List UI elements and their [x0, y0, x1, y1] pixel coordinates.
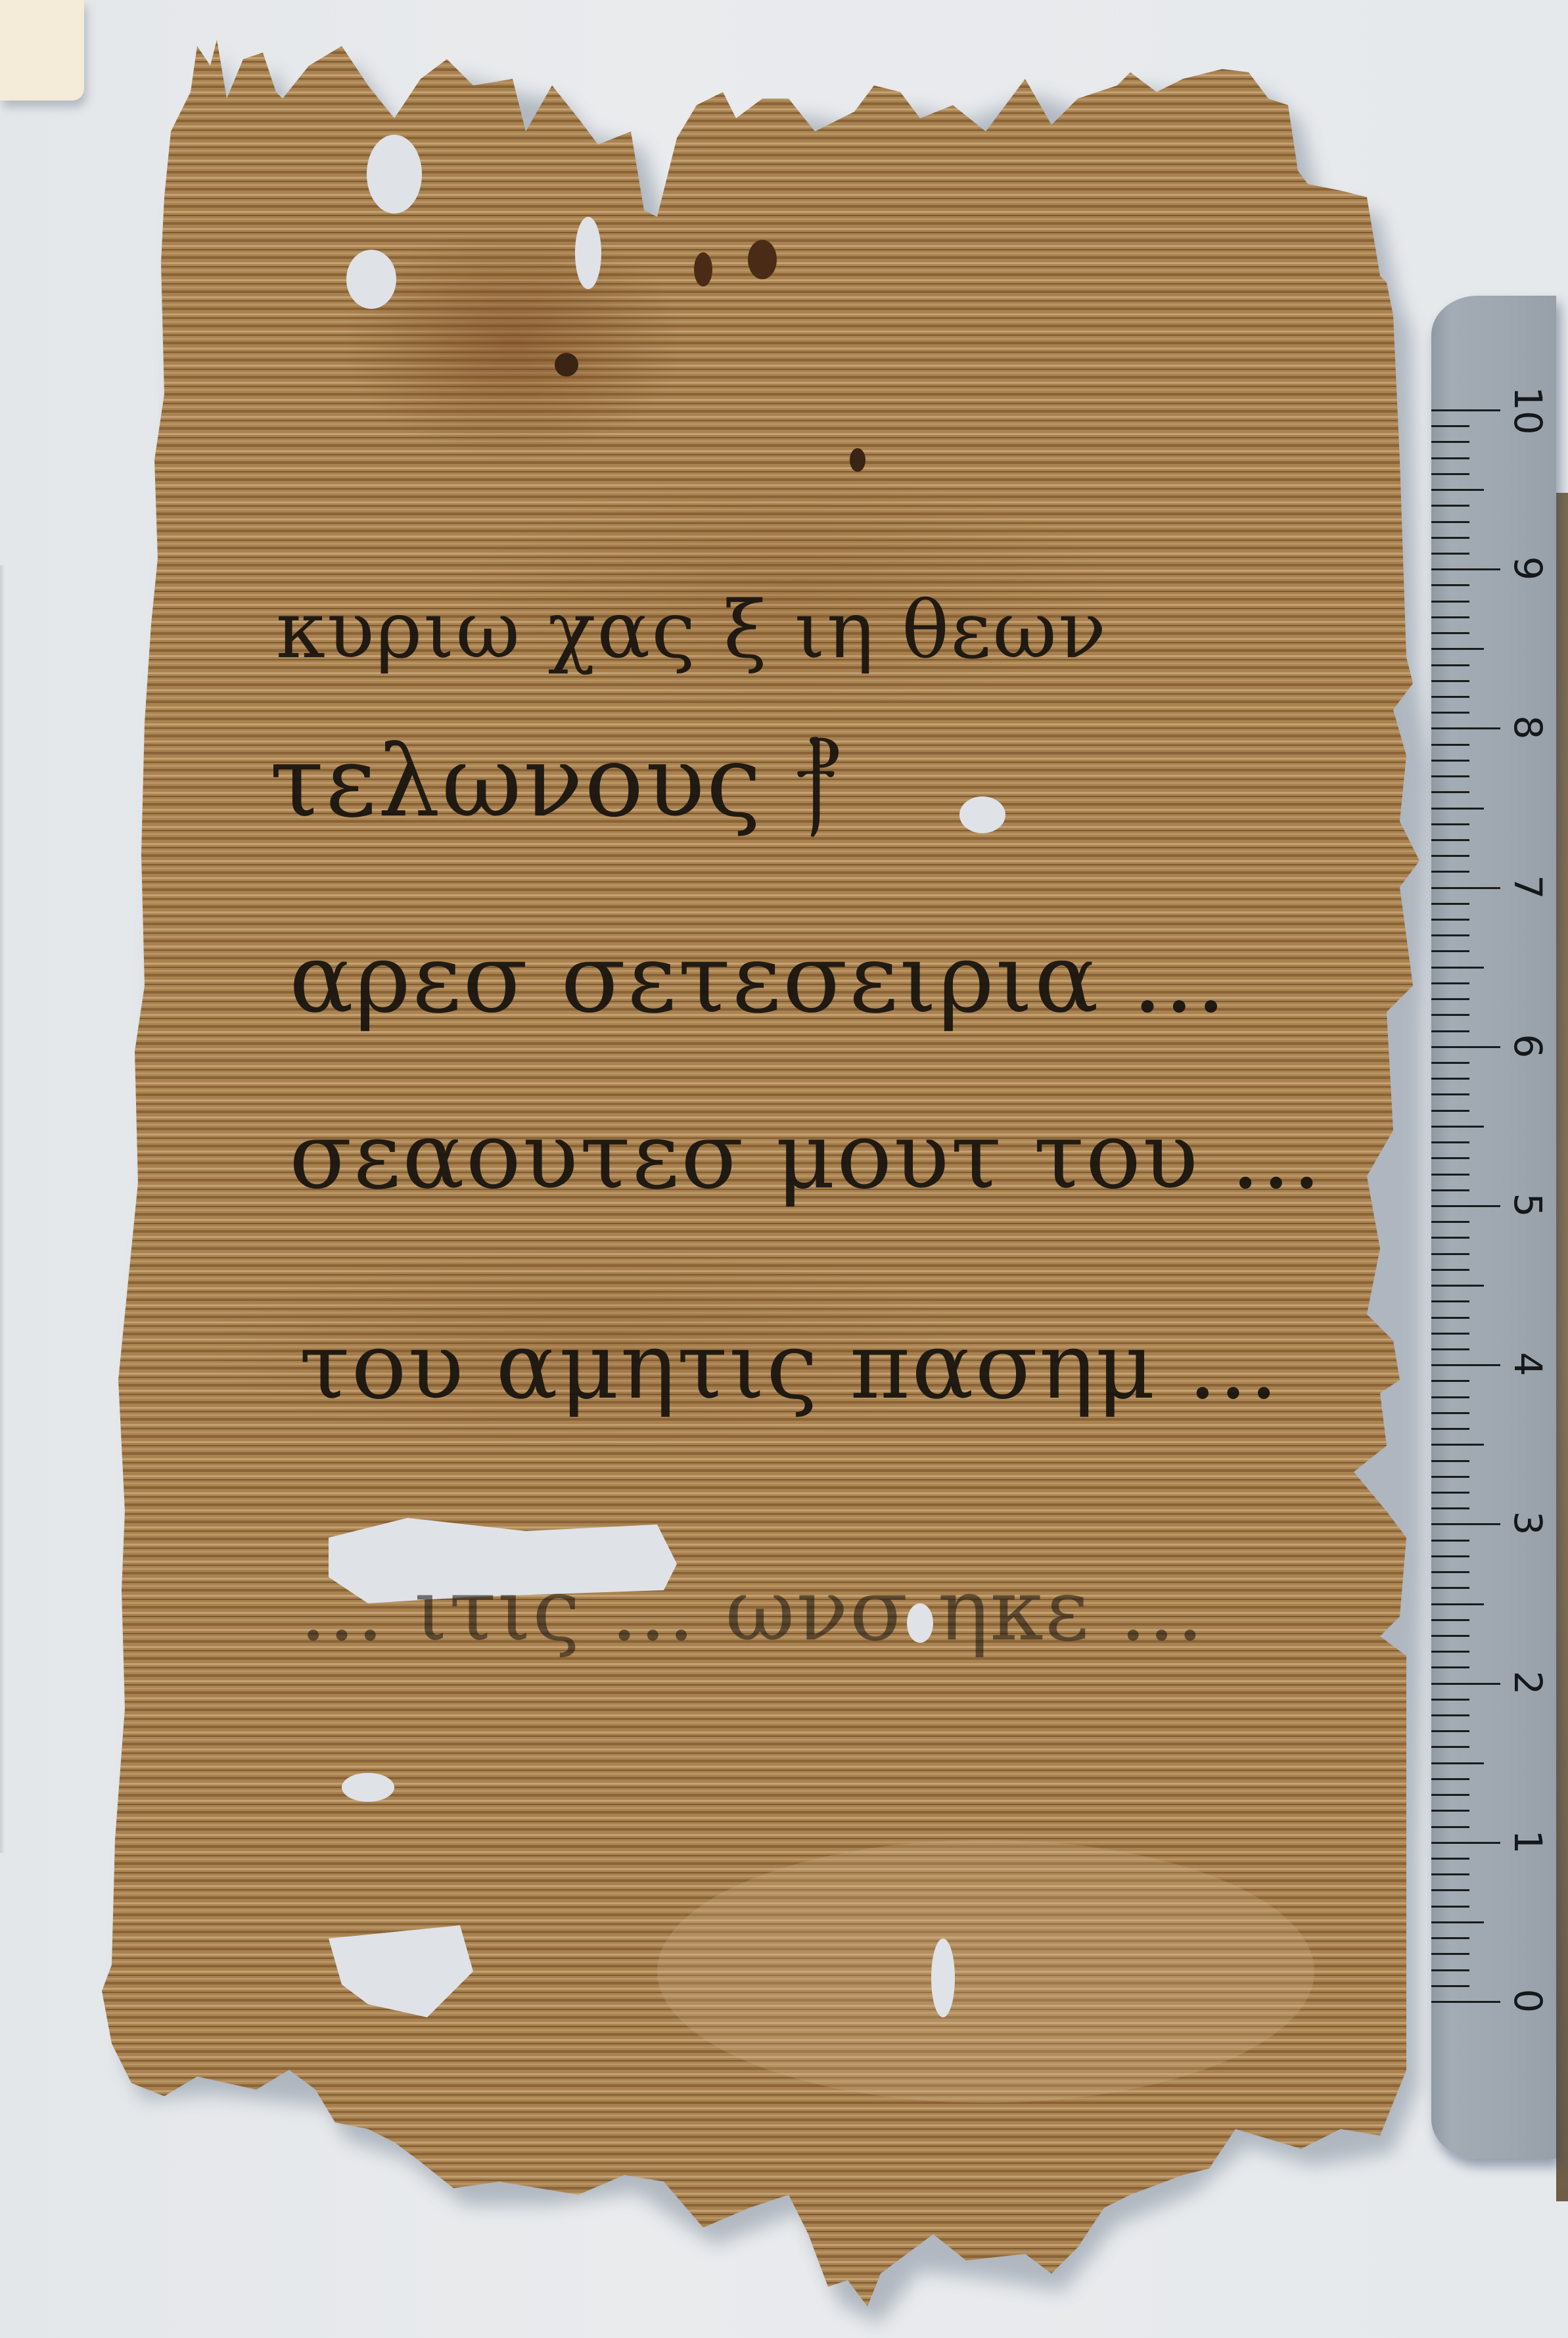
ruler-minor-tick — [1431, 1062, 1469, 1064]
ruler-minor-tick — [1431, 664, 1469, 666]
ruler-minor-tick — [1431, 1412, 1469, 1414]
ruler-minor-tick — [1431, 760, 1469, 762]
ruler-minor-tick — [1431, 489, 1484, 491]
ruler-minor-tick — [1431, 1587, 1469, 1589]
ruler-minor-tick — [1431, 919, 1469, 921]
ruler-minor-tick — [1431, 1571, 1469, 1573]
ruler-minor-tick — [1431, 1269, 1469, 1271]
ruler-minor-tick — [1431, 871, 1469, 873]
ruler-major-tick — [1431, 1683, 1500, 1685]
ruler-minor-tick — [1431, 1969, 1469, 1971]
ruler-label: 3 — [1508, 1500, 1548, 1546]
ruler-minor-tick — [1431, 1889, 1469, 1891]
ruler-minor-tick — [1431, 521, 1469, 523]
ruler-minor-tick — [1431, 473, 1469, 475]
ruler-major-tick — [1431, 1523, 1500, 1525]
ruler-minor-tick — [1431, 1348, 1469, 1350]
ruler-major-tick — [1431, 887, 1500, 889]
ruler-minor-tick — [1431, 616, 1469, 618]
ruler-minor-tick — [1431, 1492, 1469, 1494]
ruler-minor-tick — [1431, 1141, 1469, 1143]
ruler-minor-tick — [1431, 1714, 1469, 1716]
ruler-minor-tick — [1431, 934, 1469, 936]
ruler-label: 9 — [1508, 545, 1548, 591]
ruler-label: 0 — [1508, 1978, 1548, 2024]
ruler-minor-tick — [1431, 1651, 1469, 1653]
ruler-minor-tick — [1431, 1380, 1469, 1382]
ruler-label: 6 — [1508, 1023, 1548, 1069]
text-line-1: κυριω χας ξ ιη θεων — [276, 578, 1107, 683]
ruler-minor-tick — [1431, 1078, 1469, 1080]
ruler-minor-tick — [1431, 1666, 1469, 1668]
ruler-minor-tick — [1431, 1189, 1469, 1191]
ruler-minor-tick — [1431, 1030, 1469, 1032]
ruler-minor-tick — [1431, 712, 1469, 714]
ruler-minor-tick — [1431, 1826, 1469, 1828]
ruler-minor-tick — [1431, 1174, 1469, 1176]
ruler-minor-tick — [1431, 1699, 1469, 1701]
ruler-label: 8 — [1508, 704, 1548, 750]
ruler-minor-tick — [1431, 1555, 1469, 1557]
ruler-minor-tick — [1431, 1237, 1469, 1239]
ruler-major-tick — [1431, 409, 1500, 411]
ruler-minor-tick — [1431, 1635, 1469, 1637]
ruler-minor-tick — [1431, 903, 1469, 905]
ruler-minor-tick — [1431, 425, 1469, 427]
ruler-minor-tick — [1431, 775, 1469, 777]
ruler-minor-tick — [1431, 1126, 1484, 1128]
text-line-4: σεαουτεσ μουτ του … — [289, 1104, 1324, 1209]
ruler-minor-tick — [1431, 1300, 1469, 1302]
ruler-minor-tick — [1431, 1253, 1469, 1255]
ruler-minor-tick — [1431, 1603, 1484, 1605]
ruler-minor-tick — [1431, 537, 1469, 539]
ruler-minor-tick — [1431, 1794, 1469, 1796]
ruler-label: 1 — [1508, 1819, 1548, 1865]
ruler-major-tick — [1431, 1842, 1500, 1844]
ruler-major-tick — [1431, 2001, 1500, 2003]
ruler-minor-tick — [1431, 696, 1469, 698]
ruler-minor-tick — [1431, 823, 1469, 825]
ruler-minor-tick — [1431, 1746, 1469, 1748]
ruler-minor-tick — [1431, 1014, 1469, 1016]
ruler-minor-tick — [1431, 808, 1484, 810]
ruler-label: 7 — [1508, 864, 1548, 910]
ruler-minor-tick — [1431, 1110, 1469, 1112]
ruler-label: 10 — [1508, 386, 1548, 432]
ruler-minor-tick — [1431, 1444, 1484, 1446]
ruler-minor-tick — [1431, 855, 1469, 857]
ruler-minor-tick — [1431, 553, 1469, 555]
ruler-minor-tick — [1431, 1540, 1469, 1542]
ruler-minor-tick — [1431, 1317, 1469, 1319]
ruler-minor-tick — [1431, 998, 1469, 1000]
ruler-background-strip — [1556, 493, 1568, 2201]
ruler-minor-tick — [1431, 1858, 1469, 1860]
ruler-minor-tick — [1431, 1730, 1469, 1732]
ruler-minor-tick — [1431, 584, 1469, 586]
ruler-minor-tick — [1431, 982, 1469, 984]
ruler-minor-tick — [1431, 791, 1469, 793]
ruler-minor-tick — [1431, 1921, 1484, 1923]
ruler-minor-tick — [1431, 1810, 1469, 1812]
ruler-label: 5 — [1508, 1182, 1548, 1228]
ruler-minor-tick — [1431, 1157, 1469, 1159]
ruler-minor-tick — [1431, 1507, 1469, 1509]
ruler-minor-tick — [1431, 632, 1469, 634]
ruler-minor-tick — [1431, 1285, 1484, 1287]
ruler-minor-tick — [1431, 505, 1469, 507]
ruler-minor-tick — [1431, 680, 1469, 682]
ruler-label: 2 — [1508, 1660, 1548, 1706]
ruler-minor-tick — [1431, 1778, 1469, 1780]
ruler-minor-tick — [1431, 950, 1469, 952]
ruler-minor-tick — [1431, 1221, 1469, 1223]
text-line-6: … ιτις … ωνσ ηκε … — [299, 1557, 1206, 1662]
text-line-5: του αμητις πασημ … — [299, 1314, 1281, 1419]
ruler-minor-tick — [1431, 457, 1469, 459]
ruler-minor-tick — [1431, 1333, 1469, 1335]
ruler-minor-tick — [1431, 1476, 1469, 1478]
ruler-minor-tick — [1431, 839, 1469, 841]
ruler-minor-tick — [1431, 1093, 1469, 1095]
ruler-minor-tick — [1431, 1460, 1469, 1462]
ruler-major-tick — [1431, 727, 1500, 729]
ruler-major-tick — [1431, 568, 1500, 570]
ruler-minor-tick — [1431, 1396, 1469, 1398]
ruler-minor-tick — [1431, 1906, 1469, 1908]
ruler-label: 4 — [1508, 1341, 1548, 1387]
metric-ruler: 109876543210 — [1431, 296, 1556, 2159]
ruler-minor-tick — [1431, 648, 1484, 650]
ruler-minor-tick — [1431, 967, 1484, 969]
ruler-minor-tick — [1431, 1953, 1469, 1955]
ruler-minor-tick — [1431, 441, 1469, 443]
text-line-3: αρεσ σετεσειρια … — [289, 927, 1228, 1032]
ruler-major-tick — [1431, 1205, 1500, 1207]
ruler-minor-tick — [1431, 1873, 1469, 1875]
ruler-minor-tick — [1431, 1428, 1469, 1430]
text-line-2: τελωνους ⳨ — [269, 729, 842, 835]
ruler-minor-tick — [1431, 1985, 1469, 1987]
ruler-major-tick — [1431, 1364, 1500, 1366]
ruler-major-tick — [1431, 1046, 1500, 1048]
ruler-minor-tick — [1431, 1619, 1469, 1621]
ruler-minor-tick — [1431, 601, 1469, 603]
ruler-minor-tick — [1431, 1937, 1469, 1939]
ruler-minor-tick — [1431, 1762, 1484, 1764]
ruler-minor-tick — [1431, 744, 1469, 746]
